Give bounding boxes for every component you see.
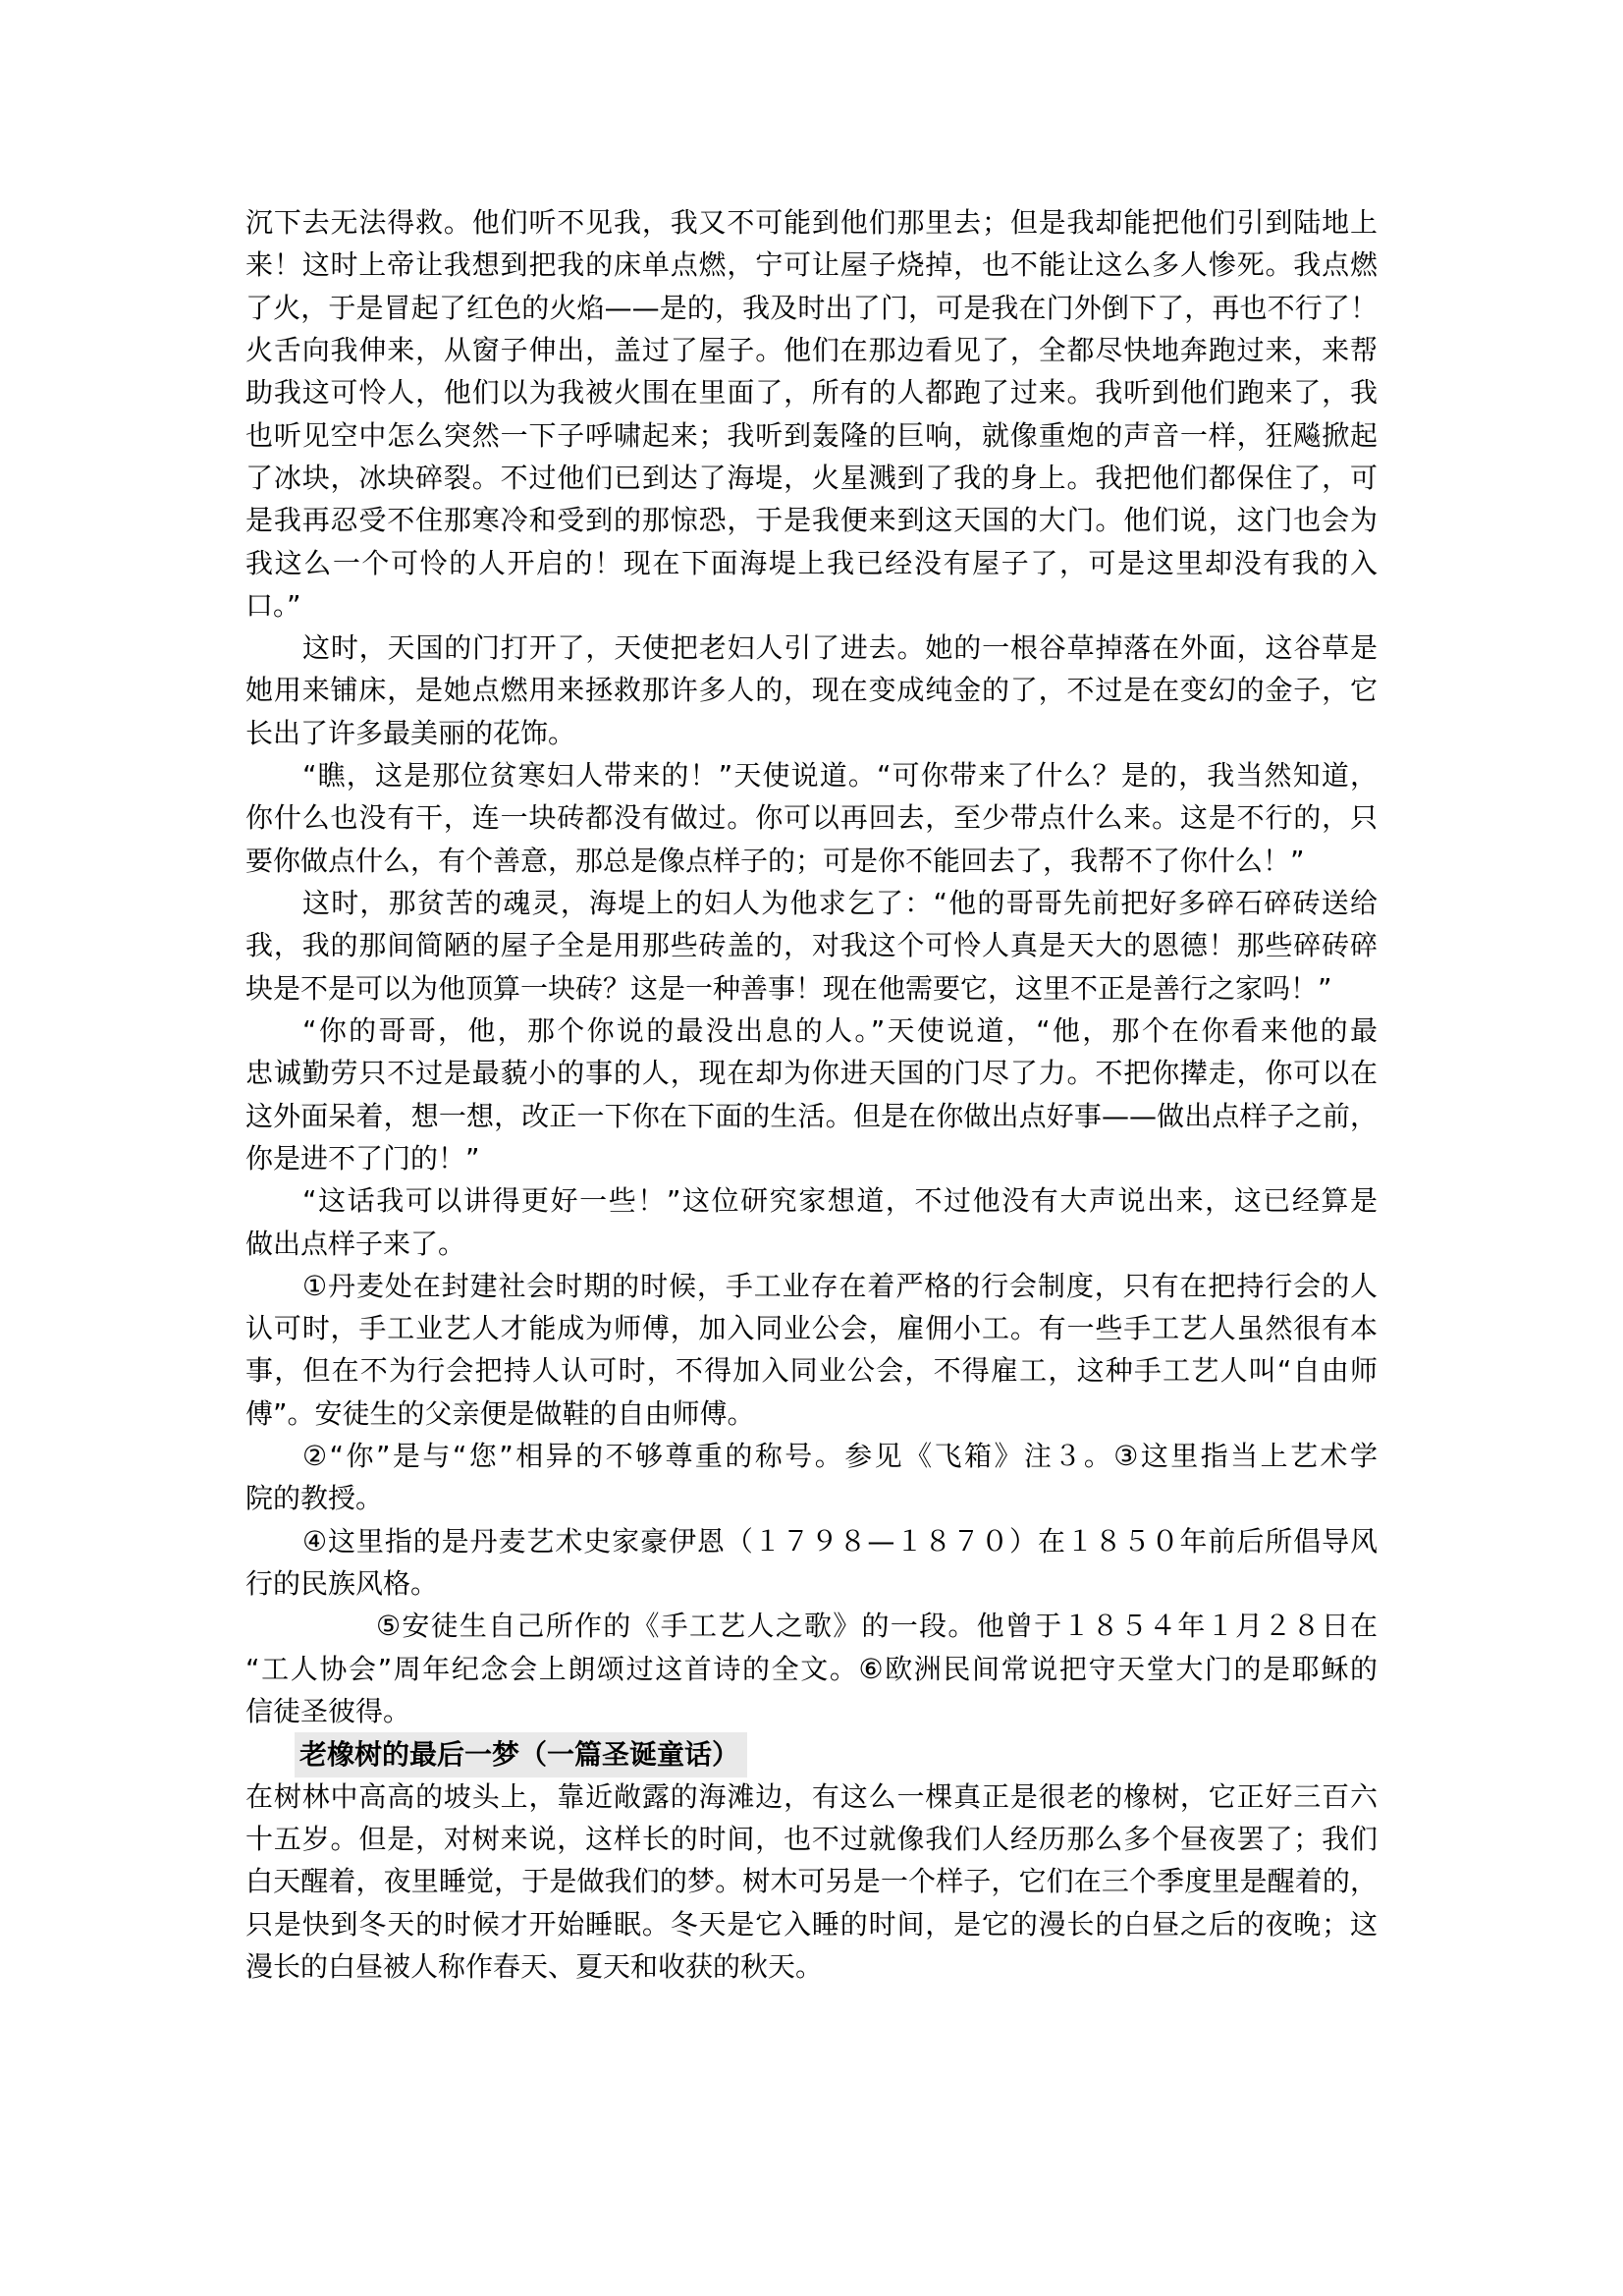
text-line: 院的教授。 xyxy=(245,1477,1378,1519)
text-line: 来！这时上帝让我想到把我的床单点燃，宁可让屋子烧掉，也不能让这么多人惨死。我点燃 xyxy=(245,244,1378,286)
document-content: 沉下去无法得救。他们听不见我，我又不可能到他们那里去；但是我却能把他们引到陆地上… xyxy=(245,201,1378,1988)
text-line: 助我这可怜人，他们以为我被火围在里面了，所有的人都跑了过来。我听到他们跑来了，我 xyxy=(245,371,1378,413)
text-line: 要你做点什么，有个善意，那总是像点样子的；可是你不能回去了，我帮不了你什么！” xyxy=(245,840,1378,882)
text-line: 我，我的那间简陋的屋子全是用那些砖盖的，对我这个可怜人真是天大的恩德！那些碎砖碎 xyxy=(245,924,1378,966)
text-line: 忠诚勤劳只不过是最藐小的事的人，现在却为你进天国的门尽了力。不把你撵走，你可以在 xyxy=(245,1052,1378,1094)
body-paragraph: “你的哥哥，他，那个你说的最没出息的人。”天使说道，“他，那个在你看来他的最忠诚… xyxy=(245,1010,1378,1179)
section-title-row: 老橡树的最后一梦（一篇圣诞童话） xyxy=(245,1732,1378,1775)
text-line: 了火，于是冒起了红色的火焰——是的，我及时出了门，可是我在门外倒下了，再也不行了… xyxy=(245,287,1378,329)
text-line: 我这么一个可怜的人开启的！现在下面海堤上我已经没有屋子了，可是这里却没有我的入 xyxy=(245,542,1378,584)
text-line: 她用来铺床，是她点燃用来拯救那许多人的，现在变成纯金的了，不过是在变幻的金子，它 xyxy=(245,669,1378,711)
text-line: 这外面呆着，想一想，改正一下你在下面的生活。但是在你做出点好事——做出点样子之前… xyxy=(245,1095,1378,1137)
text-line: ①丹麦处在封建社会时期的时候，手工业存在着严格的行会制度，只有在把持行会的人 xyxy=(245,1265,1378,1307)
text-line: 你是进不了门的！” xyxy=(245,1137,1378,1179)
footnote-paragraph: ①丹麦处在封建社会时期的时候，手工业存在着严格的行会制度，只有在把持行会的人认可… xyxy=(245,1265,1378,1435)
text-line: 是我再忍受不住那寒冷和受到的那惊恐，于是我便来到这天国的大门。他们说，这门也会为 xyxy=(245,499,1378,541)
text-line: 信徒圣彼得。 xyxy=(245,1690,1378,1732)
text-line: 在树林中高高的坡头上，靠近敞露的海滩边，有这么一棵真正是很老的橡树，它正好三百六 xyxy=(245,1776,1378,1818)
text-line: 做出点样子来了。 xyxy=(245,1223,1378,1265)
footnote-paragraph: ②“你”是与“您”相异的不够尊重的称号。参见《飞箱》注３。③这里指当上艺术学院的… xyxy=(245,1435,1378,1520)
section-title-line: 老橡树的最后一梦（一篇圣诞童话） xyxy=(245,1732,1378,1775)
text-line: 认可时，手工业艺人才能成为师傅，加入同业公会，雇佣小工。有一些手工艺人虽然很有本 xyxy=(245,1307,1378,1349)
body-paragraph: “这话我可以讲得更好一些！”这位研究家想道，不过他没有大声说出来，这已经算是做出… xyxy=(245,1179,1378,1265)
body-paragraph: 这时，天国的门打开了，天使把老妇人引了进去。她的一根谷草掉落在外面，这谷草是她用… xyxy=(245,627,1378,754)
text-line: ②“你”是与“您”相异的不够尊重的称号。参见《飞箱》注３。③这里指当上艺术学 xyxy=(245,1435,1378,1477)
text-line: 了冰块，冰块碎裂。不过他们已到达了海堤，火星溅到了我的身上。我把他们都保住了，可 xyxy=(245,457,1378,499)
text-line: 火舌向我伸来，从窗子伸出，盖过了屋子。他们在那边看见了，全都尽快地奔跑过来，来帮 xyxy=(245,329,1378,371)
text-line: 傅”。安徒生的父亲便是做鞋的自由师傅。 xyxy=(245,1393,1378,1435)
text-line: 块是不是可以为他顶算一块砖？这是一种善事！现在他需要它，这里不正是善行之家吗！” xyxy=(245,967,1378,1010)
text-line: 你什么也没有干，连一块砖都没有做过。你可以再回去，至少带点什么来。这是不行的，只 xyxy=(245,796,1378,839)
text-line: 只是快到冬天的时候才开始睡眠。冬天是它入睡的时间，是它的漫长的白昼之后的夜晚；这 xyxy=(245,1903,1378,1945)
text-line: ⑤安徒生自己所作的《手工艺人之歌》的一段。他曾于１８５４年１月２８日在 xyxy=(245,1605,1378,1647)
text-line: 长出了许多最美丽的花饰。 xyxy=(245,712,1378,754)
text-line: “这话我可以讲得更好一些！”这位研究家想道，不过他没有大声说出来，这已经算是 xyxy=(245,1179,1378,1222)
body-paragraph: 这时，那贫苦的魂灵，海堤上的妇人为他求乞了：“他的哥哥先前把好多碎石碎砖送给我，… xyxy=(245,882,1378,1010)
text-line: “工人协会”周年纪念会上朗颂过这首诗的全文。⑥欧洲民间常说把守天堂大门的是耶稣的 xyxy=(245,1648,1378,1690)
text-line: 漫长的白昼被人称作春天、夏天和收获的秋天。 xyxy=(245,1945,1378,1988)
text-line: 事，但在不为行会把持人认可时，不得加入同业公会，不得雇工，这种手工艺人叫“自由师 xyxy=(245,1349,1378,1392)
body-paragraph: 在树林中高高的坡头上，靠近敞露的海滩边，有这么一棵真正是很老的橡树，它正好三百六… xyxy=(245,1776,1378,1989)
text-line: 口。” xyxy=(245,584,1378,627)
body-paragraph: “瞧，这是那位贫寒妇人带来的！”天使说道。“可你带来了什么？是的，我当然知道，你… xyxy=(245,754,1378,882)
document-page: 沉下去无法得救。他们听不见我，我又不可能到他们那里去；但是我却能把他们引到陆地上… xyxy=(0,0,1623,2296)
text-line: 十五岁。但是，对树来说，这样长的时间，也不过就像我们人经历那么多个昼夜罢了；我们 xyxy=(245,1818,1378,1860)
section-title: 老橡树的最后一梦（一篇圣诞童话） xyxy=(295,1732,747,1777)
text-line: 沉下去无法得救。他们听不见我，我又不可能到他们那里去；但是我却能把他们引到陆地上 xyxy=(245,201,1378,244)
footnote-paragraph: ④这里指的是丹麦艺术史家豪伊恩（１７９８—１８７０）在１８５０年前后所倡导风行的… xyxy=(245,1520,1378,1606)
text-line: ④这里指的是丹麦艺术史家豪伊恩（１７９８—１８７０）在１８５０年前后所倡导风 xyxy=(245,1520,1378,1562)
text-line: 这时，那贫苦的魂灵，海堤上的妇人为他求乞了：“他的哥哥先前把好多碎石碎砖送给 xyxy=(245,882,1378,924)
text-line: 白天醒着，夜里睡觉，于是做我们的梦。树木可另是一个样子，它们在三个季度里是醒着的… xyxy=(245,1860,1378,1902)
footnote-paragraph: ⑤安徒生自己所作的《手工艺人之歌》的一段。他曾于１８５４年１月２８日在“工人协会… xyxy=(245,1605,1378,1732)
text-line: 行的民族风格。 xyxy=(245,1562,1378,1605)
text-line: 这时，天国的门打开了，天使把老妇人引了进去。她的一根谷草掉落在外面，这谷草是 xyxy=(245,627,1378,669)
text-line: “瞧，这是那位贫寒妇人带来的！”天使说道。“可你带来了什么？是的，我当然知道， xyxy=(245,754,1378,796)
text-line: “你的哥哥，他，那个你说的最没出息的人。”天使说道，“他，那个在你看来他的最 xyxy=(245,1010,1378,1052)
text-line: 也听见空中怎么突然一下子呼啸起来；我听到轰隆的巨响，就像重炮的声音一样，狂飚掀起 xyxy=(245,414,1378,457)
body-paragraph: 沉下去无法得救。他们听不见我，我又不可能到他们那里去；但是我却能把他们引到陆地上… xyxy=(245,201,1378,627)
